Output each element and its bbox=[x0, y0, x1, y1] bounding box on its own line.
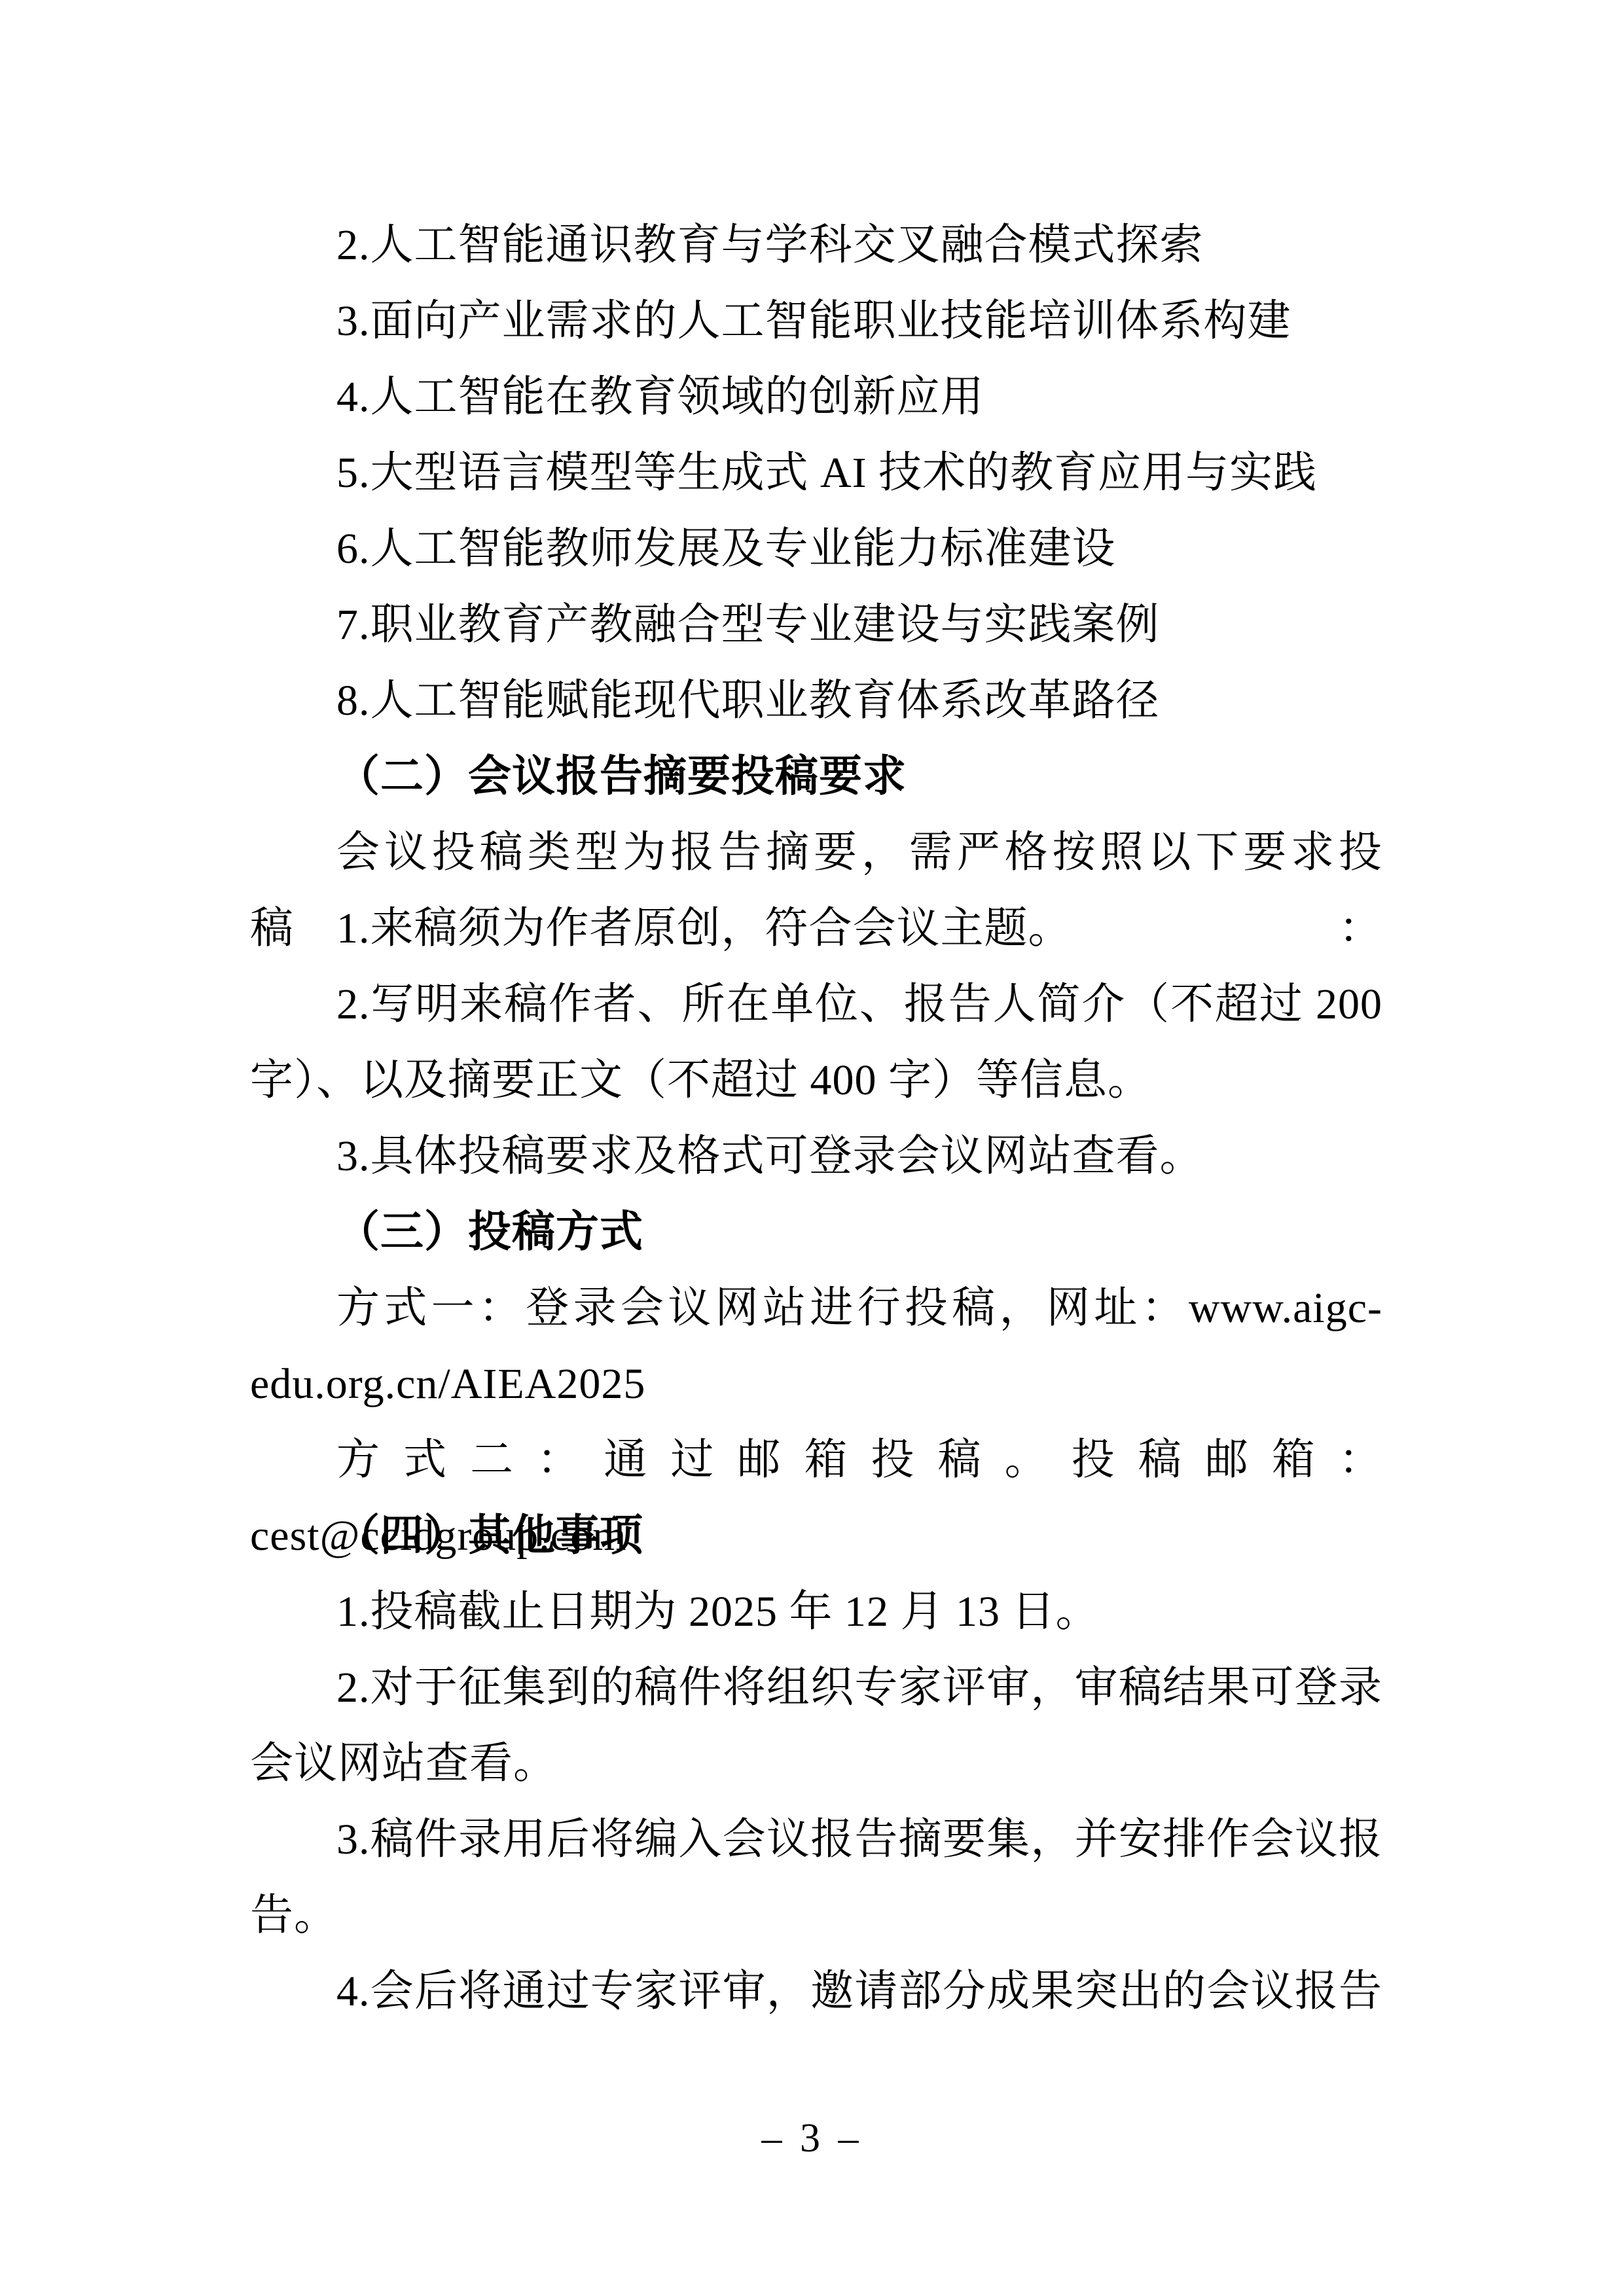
body-line: 字）、以及摘要正文（不超过 400 字）等信息。 bbox=[250, 1043, 1382, 1119]
body-line: 7.职业教育产教融合型专业建设与实践案例 bbox=[250, 587, 1382, 663]
body-line: 会议投稿类型为报告摘要，需严格按照以下要求投稿： bbox=[250, 815, 1382, 891]
body-line: 2.写明来稿作者、所在单位、报告人简介（不超过 200 bbox=[250, 967, 1382, 1043]
section-heading: （二）会议报告摘要投稿要求 bbox=[250, 739, 1382, 815]
body-line: 4.人工智能在教育领域的创新应用 bbox=[250, 359, 1382, 435]
body-line: 方式一：登录会议网站进行投稿，网址：www.aigc- bbox=[250, 1270, 1382, 1346]
page-footer: – 3 – bbox=[0, 2100, 1624, 2176]
body-line: 3.稿件录用后将编入会议报告摘要集，并安排作会议报 bbox=[250, 1802, 1382, 1878]
section-heading: （三）投稿方式 bbox=[250, 1194, 1382, 1270]
body-line: edu.org.cn/AIEA2025 bbox=[250, 1346, 1382, 1422]
body-line: 告。 bbox=[250, 1878, 1382, 1954]
body-line: 1.投稿截止日期为 2025 年 12 月 13 日。 bbox=[250, 1574, 1382, 1650]
body-line: 4.会后将通过专家评审，邀请部分成果突出的会议报告 bbox=[250, 1954, 1382, 2030]
section-heading: （四）其他事项 bbox=[250, 1498, 1382, 1574]
body-line: 会议网站查看。 bbox=[250, 1726, 1382, 1802]
body-line: 2.对于征集到的稿件将组织专家评审，审稿结果可登录 bbox=[250, 1650, 1382, 1726]
document-page: 2.人工智能通识教育与学科交叉融合模式探索3.面向产业需求的人工智能职业技能培训… bbox=[0, 0, 1624, 2296]
body-line: 6.人工智能教师发展及专业能力标准建设 bbox=[250, 511, 1382, 587]
body-line: 方式二：通过邮箱投稿。投稿邮箱：cest@ccidgroup.com bbox=[250, 1422, 1382, 1498]
body-line: 8.人工智能赋能现代职业教育体系改革路径 bbox=[250, 663, 1382, 739]
body-line: 3.具体投稿要求及格式可登录会议网站查看。 bbox=[250, 1119, 1382, 1194]
body-line: 3.面向产业需求的人工智能职业技能培训体系构建 bbox=[250, 283, 1382, 359]
body-line: 2.人工智能通识教育与学科交叉融合模式探索 bbox=[250, 207, 1382, 283]
page-number: – 3 – bbox=[762, 2100, 863, 2176]
body-line: 5.大型语言模型等生成式 AI 技术的教育应用与实践 bbox=[250, 435, 1382, 511]
document-body: 2.人工智能通识教育与学科交叉融合模式探索3.面向产业需求的人工智能职业技能培训… bbox=[250, 207, 1382, 2030]
